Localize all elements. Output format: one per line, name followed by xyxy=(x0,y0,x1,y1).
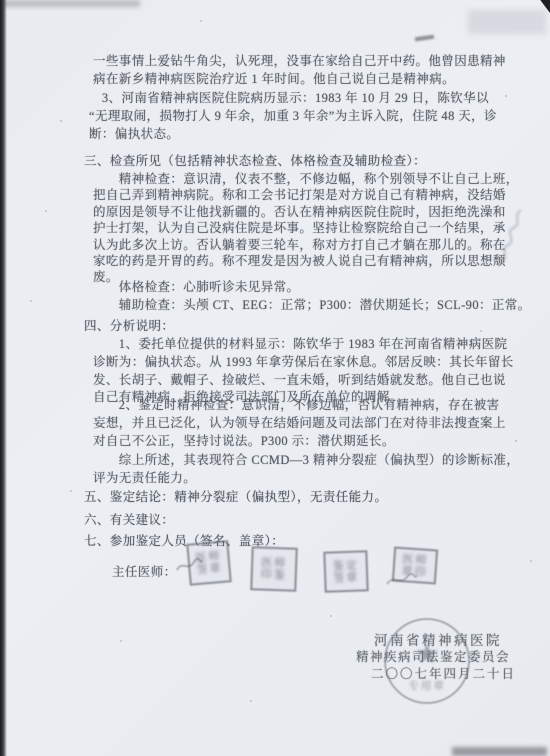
committee-round-seal: ★ 专用章 xyxy=(384,618,470,704)
intro-paragraph: 一些事情上爱钻牛角尖，认死理，没事在家给自己开中药。他曾因患精神病在新乡精神病医… xyxy=(84,52,506,88)
text-line: 认为此多次上访。否认躺着要三轮车，称对方打自己才躺在那儿的。称在 xyxy=(84,237,519,253)
physical-exam-line: 体格检查：心肺听诊未见异常。 xyxy=(93,277,299,295)
seal-text: 鉴定签章 xyxy=(333,559,360,584)
section4-heading: 四、分析说明： xyxy=(84,316,174,334)
text-line: 一些事情上爱钻牛角尖，认死理，没事在家给自己开中药。他曾因患精神 xyxy=(84,52,506,70)
analysis-paragraph-3: 综上所述，其表现符合 CCMD—3 精神分裂症（偏执型）的诊断标准，评为无责任能… xyxy=(84,452,519,488)
text-line: 断：偏执状态。 xyxy=(84,125,497,143)
handwritten-signature-mark xyxy=(385,570,419,590)
scan-smudge-bottom xyxy=(452,747,547,756)
text-line: 把自己弄到精神病院。称和工会书记打架是对方说自己有精神病，没结婚 xyxy=(84,187,519,203)
auxiliary-exam-line: 辅助检查：头颅 CT、EEG：正常；P300：潜伏期延长；SCL-90：正常。 xyxy=(93,295,531,313)
text-line: 1、委托单位提供的材料显示：陈钦华于 1983 年在河南省精神病医院 xyxy=(84,336,514,354)
text-line: 精神检查：意识清，仪表不整，不修边幅，称个别领导不让自己上班， xyxy=(84,171,519,187)
text-line: 家吃的药是开胃的药。称不理发是因为被人说自己有精神病，所以思想颓 xyxy=(84,253,519,269)
chief-physician-label: 主任医师： xyxy=(112,562,177,580)
text-line: 诊断为：偏执状态。从 1993 年拿劳保后在家休息。邻居反映：其长年留长 xyxy=(84,354,514,372)
text-line: 护士打架，认为自己没病住院是坏事。坚持让检察院给自己一个结果，承 xyxy=(84,220,519,236)
scanned-document-page: 一些事情上爱钻牛角尖，认死理，没事在家给自己开中药。他曾因患精神病在新乡精神病医… xyxy=(0,0,550,756)
section5-conclusion-line: 五、鉴定结论：精神分裂症（偏执型），无责任能力。 xyxy=(84,487,387,505)
seal-bottom-text: 专用章 xyxy=(386,678,468,693)
star-icon: ★ xyxy=(386,637,468,671)
text-line: 综上所述，其表现符合 CCMD—3 精神分裂症（偏执型）的诊断标准， xyxy=(84,452,519,470)
physician-name-seal-3: 鉴定签章 xyxy=(323,550,368,593)
text-line: 发、长胡子、戴帽子、捡破烂、一直未婚，听到结婚就发愁。他自己也说 xyxy=(84,372,514,390)
scan-mark-dash xyxy=(415,35,434,42)
text-line: 妄想，并且已泛化，认为领导在结婚问题及司法部门在对待非法搜查案上 xyxy=(84,415,506,433)
text-line: 2、鉴定时精神检查：意识清，不修边幅，否认有精神病，存在被害 xyxy=(84,397,506,415)
section6-suggestion-line: 六、有关建议： xyxy=(84,510,174,528)
item3-paragraph: 3、河南省精神病医院住院病历显示：1983 年 10 月 29 日，陈钦华以“无… xyxy=(84,89,497,143)
text-line: “无理取闹，损物打人 9 年余，加重 3 年余”为主诉入院，住院 48 天，诊 xyxy=(84,107,497,125)
text-line: 病在新乡精神病医院治疗近 1 年时间。他自己说自己是精神病。 xyxy=(84,70,506,88)
physician-name-seal-2: 医师印鉴 xyxy=(250,546,298,592)
scan-smudge-top-right xyxy=(468,10,546,34)
seal-text: 医师印鉴 xyxy=(261,557,288,582)
text-line: 的原因是领导不让他找新疆的。否认在精神病医院住院时，因拒绝洗澡和 xyxy=(84,204,519,220)
text-line: 评为无责任能力。 xyxy=(84,470,519,488)
scan-smudge-top xyxy=(0,0,140,7)
section3-heading: 三、检查所见（包括精神状态检查、体格检查及辅助检查）： xyxy=(84,151,426,169)
handwritten-signature-mark xyxy=(174,552,204,578)
analysis-paragraph-2: 2、鉴定时精神检查：意识清，不修边幅，否认有精神病，存在被害妄想，并且已泛化，认… xyxy=(84,397,506,450)
text-line: 对自己不公正，坚持讨说法。P300 示：潜伏期延长。 xyxy=(84,433,506,451)
text-line: 3、河南省精神病医院住院病历显示：1983 年 10 月 29 日，陈钦华以 xyxy=(84,89,497,107)
mental-exam-paragraph: 精神检查：意识清，仪表不整，不修边幅，称个别领导不让自己上班，把自己弄到精神病院… xyxy=(84,171,519,286)
scan-edge-artifact-left xyxy=(0,0,7,756)
